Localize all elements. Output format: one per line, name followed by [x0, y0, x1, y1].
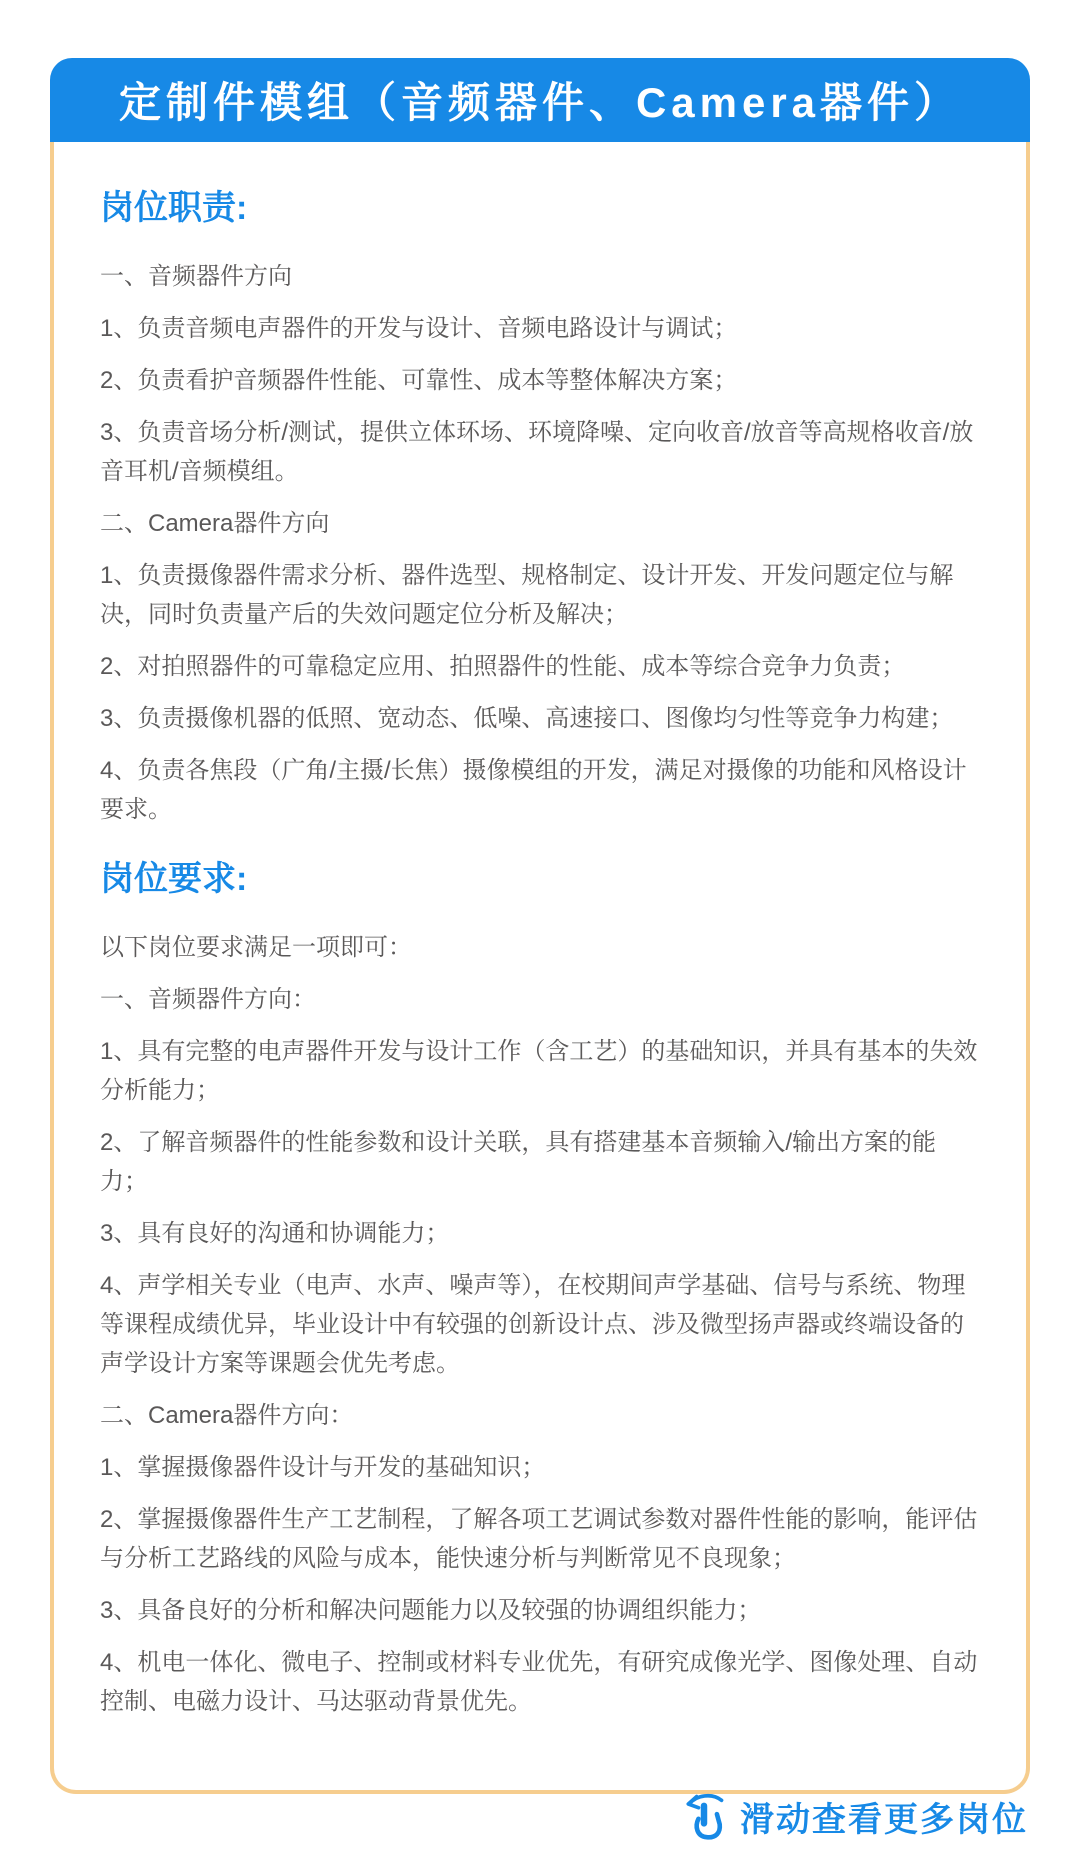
requirement-item: 二、Camera器件方向： [100, 1396, 982, 1435]
job-card[interactable]: 定制件模组（音频器件、Camera器件） 岗位职责: 一、音频器件方向 1、负责… [50, 58, 1030, 1794]
responsibility-item: 3、负责摄像机器的低照、宽动态、低噪、高速接口、图像均匀性等竞争力构建； [100, 699, 982, 738]
responsibilities-heading: 岗位职责: [100, 188, 982, 229]
requirement-item: 2、了解音频器件的性能参数和设计关联，具有搭建基本音频输入/输出方案的能力； [100, 1123, 982, 1201]
responsibility-item: 4、负责各焦段（广角/主摄/长焦）摄像模组的开发，满足对摄像的功能和风格设计要求… [100, 751, 982, 829]
responsibility-item: 一、音频器件方向 [100, 257, 982, 296]
swipe-hand-icon [680, 1790, 728, 1842]
job-card-header: 定制件模组（音频器件、Camera器件） [50, 58, 1030, 142]
section-requirements: 岗位要求: 以下岗位要求满足一项即可： 一、音频器件方向： 1、具有完整的电声器… [100, 859, 982, 1721]
responsibility-item: 二、Camera器件方向 [100, 504, 982, 543]
swipe-hint: 滑动查看更多岗位 [680, 1790, 1028, 1842]
requirement-item: 1、具有完整的电声器件开发与设计工作（含工艺）的基础知识，并具有基本的失效分析能… [100, 1032, 982, 1110]
requirement-item: 以下岗位要求满足一项即可： [100, 928, 982, 967]
swipe-hint-label: 滑动查看更多岗位 [740, 1792, 1028, 1841]
requirement-item: 3、具备良好的分析和解决问题能力以及较强的协调组织能力； [100, 1591, 982, 1630]
responsibility-item: 3、负责音场分析/测试，提供立体环场、环境降噪、定向收音/放音等高规格收音/放音… [100, 413, 982, 491]
section-responsibilities: 岗位职责: 一、音频器件方向 1、负责音频电声器件的开发与设计、音频电路设计与调… [100, 188, 982, 829]
responsibility-item: 2、负责看护音频器件性能、可靠性、成本等整体解决方案； [100, 361, 982, 400]
job-title: 定制件模组（音频器件、Camera器件） [119, 70, 961, 130]
responsibility-item: 2、对拍照器件的可靠稳定应用、拍照器件的性能、成本等综合竞争力负责； [100, 647, 982, 686]
responsibility-item: 1、负责音频电声器件的开发与设计、音频电路设计与调试； [100, 309, 982, 348]
requirements-heading: 岗位要求: [100, 859, 982, 900]
job-card-body: 岗位职责: 一、音频器件方向 1、负责音频电声器件的开发与设计、音频电路设计与调… [50, 142, 1030, 1794]
requirement-item: 4、声学相关专业（电声、水声、噪声等），在校期间声学基础、信号与系统、物理等课程… [100, 1266, 982, 1383]
requirement-item: 一、音频器件方向： [100, 980, 982, 1019]
requirement-item: 3、具有良好的沟通和协调能力； [100, 1214, 982, 1253]
responsibility-item: 1、负责摄像器件需求分析、器件选型、规格制定、设计开发、开发问题定位与解决，同时… [100, 556, 982, 634]
requirement-item: 1、掌握摄像器件设计与开发的基础知识； [100, 1448, 982, 1487]
requirement-item: 2、掌握摄像器件生产工艺制程，了解各项工艺调试参数对器件性能的影响，能评估与分析… [100, 1500, 982, 1578]
requirement-item: 4、机电一体化、微电子、控制或材料专业优先，有研究成像光学、图像处理、自动控制、… [100, 1643, 982, 1721]
